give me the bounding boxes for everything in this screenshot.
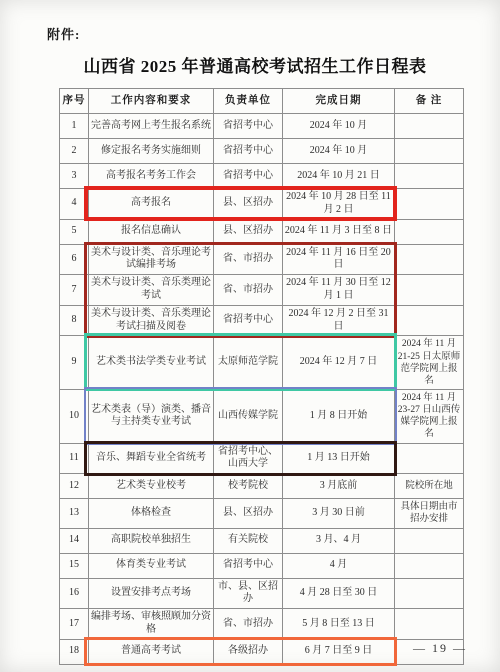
row-seq: 14 [60, 528, 89, 553]
row-content: 修定报名考务实施细则 [89, 139, 214, 164]
row-unit: 省招考中心、山西大学 [214, 443, 283, 474]
table-row: 13 体格检查 县、区招办 3 月 30 日前 具体日期由市招办安排 [60, 499, 464, 528]
row-content: 高职院校单独招生 [89, 528, 214, 553]
row-unit: 有关院校 [214, 528, 283, 553]
row-unit: 省招考中心 [214, 305, 283, 336]
row-unit: 县、区招办 [214, 219, 283, 244]
page-title: 山西省 2025 年普通高校考试招生工作日程表 [20, 52, 490, 77]
row-date: 2024 年 11 月 3 日至 8 日 [283, 219, 395, 244]
table-row: 3 高考报名考务工作会 省招考中心 2024 年 10 月 21 日 [60, 164, 464, 189]
table-row: 7 美术与设计类、音乐类理论考试 省、市招办 2024 年 11 月 30 日至… [60, 275, 464, 306]
row-content: 编排考场、审核照顾加分资格 [89, 609, 214, 640]
row-remark: 2024 年 11 月 21-25 日太原师范学院网上报名 [395, 336, 464, 390]
row-seq: 4 [60, 189, 89, 220]
row-unit: 各级招办 [214, 639, 283, 664]
table-wrap: 序号 工作内容和要求 负责单位 完成日期 备 注 1 完善高考网上考生报名系统 … [59, 88, 463, 665]
row-date: 4 月 [283, 553, 395, 578]
row-content: 艺术类书法学类专业考试 [89, 336, 214, 390]
table-row: 8 美术与设计类、音乐类理论考试扫描及阅卷 省招考中心 2024 年 12 月 … [60, 305, 464, 336]
row-unit: 太原师范学院 [214, 336, 283, 390]
table-row: 9 艺术类书法学类专业考试 太原师范学院 2024 年 12 月 7 日 202… [60, 336, 464, 390]
row-content: 体育类专业考试 [89, 553, 214, 578]
table-row: 16 设置安排考点考场 市、县、区招办 4 月 28 日至 30 日 [60, 578, 464, 609]
document-page: { "page": { "attachment_label": "附件:", "… [0, 0, 500, 672]
row-remark [395, 553, 464, 578]
row-content: 普通高考考试 [89, 639, 214, 664]
table-header: 序号 工作内容和要求 负责单位 完成日期 备 注 [60, 89, 464, 114]
row-content: 艺术类专业校考 [89, 474, 214, 499]
row-remark [395, 528, 464, 553]
row-remark [395, 244, 464, 275]
row-unit: 县、区招办 [214, 499, 283, 528]
header-seq: 序号 [60, 89, 89, 114]
row-unit: 省、市招办 [214, 609, 283, 640]
row-date: 5 月 8 日至 13 日 [283, 609, 395, 640]
row-seq: 15 [60, 553, 89, 578]
row-unit: 省招考中心 [214, 553, 283, 578]
row-content: 美术与设计类、音乐类理论考试 [89, 275, 214, 306]
row-unit: 省招考中心 [214, 139, 283, 164]
header-content: 工作内容和要求 [89, 89, 214, 114]
row-remark [395, 305, 464, 336]
row-date: 2024 年 10 月 28 日至 11 月 2 日 [283, 189, 395, 220]
table-row: 14 高职院校单独招生 有关院校 3 月、4 月 [60, 528, 464, 553]
row-date: 2024 年 11 月 30 日至 12 月 1 日 [283, 275, 395, 306]
table-row: 12 艺术类专业校考 校考院校 3 月底前 院校所在地 [60, 474, 464, 499]
row-remark [395, 114, 464, 139]
table-row: 11 音乐、舞蹈专业全省统考 省招考中心、山西大学 1 月 13 日开始 [60, 443, 464, 474]
row-remark [395, 443, 464, 474]
row-date: 6 月 7 日至 9 日 [283, 639, 395, 664]
row-date: 1 月 13 日开始 [283, 443, 395, 474]
table-body: 1 完善高考网上考生报名系统 省招考中心 2024 年 10 月 2 修定报名考… [60, 114, 464, 665]
table-row: 6 美术与设计类、音乐理论考试编排考场 省、市招办 2024 年 11 月 16… [60, 244, 464, 275]
row-remark [395, 275, 464, 306]
row-date: 3 月、4 月 [283, 528, 395, 553]
row-date: 1 月 8 日开始 [283, 390, 395, 444]
row-seq: 13 [60, 499, 89, 528]
row-seq: 10 [60, 390, 89, 444]
table-row: 4 高考报名 县、区招办 2024 年 10 月 28 日至 11 月 2 日 [60, 189, 464, 220]
page-number: — 19 — [413, 641, 467, 656]
row-seq: 17 [60, 609, 89, 640]
row-seq: 6 [60, 244, 89, 275]
row-unit: 省招考中心 [214, 114, 283, 139]
header-remark: 备 注 [395, 89, 464, 114]
row-content: 高考报名 [89, 189, 214, 220]
row-seq: 5 [60, 219, 89, 244]
row-remark [395, 609, 464, 640]
row-content: 体格检查 [89, 499, 214, 528]
row-content: 艺术类表（导）演类、播音与主持类专业考试 [89, 390, 214, 444]
table-row: 2 修定报名考务实施细则 省招考中心 2024 年 10 月 [60, 139, 464, 164]
table-row: 1 完善高考网上考生报名系统 省招考中心 2024 年 10 月 [60, 114, 464, 139]
row-unit: 校考院校 [214, 474, 283, 499]
row-remark: 具体日期由市招办安排 [395, 499, 464, 528]
row-seq: 16 [60, 578, 89, 609]
row-seq: 3 [60, 164, 89, 189]
row-remark [395, 164, 464, 189]
row-remark: 院校所在地 [395, 474, 464, 499]
row-unit: 山西传媒学院 [214, 390, 283, 444]
row-remark: 2024 年 11 月 23-27 日山西传媒学院网上报名 [395, 390, 464, 444]
attachment-label: 附件: [47, 24, 80, 43]
row-seq: 12 [60, 474, 89, 499]
row-remark [395, 219, 464, 244]
table-row: 17 编排考场、审核照顾加分资格 省、市招办 5 月 8 日至 13 日 [60, 609, 464, 640]
row-date: 4 月 28 日至 30 日 [283, 578, 395, 609]
row-seq: 8 [60, 305, 89, 336]
row-seq: 1 [60, 114, 89, 139]
row-date: 2024 年 10 月 21 日 [283, 164, 395, 189]
row-seq: 7 [60, 275, 89, 306]
row-content: 音乐、舞蹈专业全省统考 [89, 443, 214, 474]
schedule-table: 序号 工作内容和要求 负责单位 完成日期 备 注 1 完善高考网上考生报名系统 … [59, 88, 464, 665]
row-unit: 市、县、区招办 [214, 578, 283, 609]
table-row: 10 艺术类表（导）演类、播音与主持类专业考试 山西传媒学院 1 月 8 日开始… [60, 390, 464, 444]
row-date: 2024 年 10 月 [283, 114, 395, 139]
row-date: 2024 年 11 月 16 日至 20 日 [283, 244, 395, 275]
row-unit: 省招考中心 [214, 164, 283, 189]
table-row: 15 体育类专业考试 省招考中心 4 月 [60, 553, 464, 578]
row-date: 2024 年 10 月 [283, 139, 395, 164]
row-seq: 2 [60, 139, 89, 164]
header-unit: 负责单位 [214, 89, 283, 114]
row-content: 完善高考网上考生报名系统 [89, 114, 214, 139]
table-row: 18 普通高考考试 各级招办 6 月 7 日至 9 日 [60, 639, 464, 664]
header-date: 完成日期 [283, 89, 395, 114]
row-remark [395, 189, 464, 220]
row-date: 3 月底前 [283, 474, 395, 499]
row-content: 高考报名考务工作会 [89, 164, 214, 189]
row-content: 设置安排考点考场 [89, 578, 214, 609]
table-row: 5 报名信息确认 县、区招办 2024 年 11 月 3 日至 8 日 [60, 219, 464, 244]
row-content: 报名信息确认 [89, 219, 214, 244]
row-seq: 9 [60, 336, 89, 390]
row-content: 美术与设计类、音乐理论考试编排考场 [89, 244, 214, 275]
row-unit: 县、区招办 [214, 189, 283, 220]
row-date: 2024 年 12 月 7 日 [283, 336, 395, 390]
row-date: 2024 年 12 月 2 日至 31 日 [283, 305, 395, 336]
row-date: 3 月 30 日前 [283, 499, 395, 528]
row-seq: 11 [60, 443, 89, 474]
row-remark [395, 139, 464, 164]
row-seq: 18 [60, 639, 89, 664]
row-remark [395, 578, 464, 609]
header-row: 序号 工作内容和要求 负责单位 完成日期 备 注 [60, 89, 464, 114]
row-content: 美术与设计类、音乐类理论考试扫描及阅卷 [89, 305, 214, 336]
row-unit: 省、市招办 [214, 244, 283, 275]
row-unit: 省、市招办 [214, 275, 283, 306]
